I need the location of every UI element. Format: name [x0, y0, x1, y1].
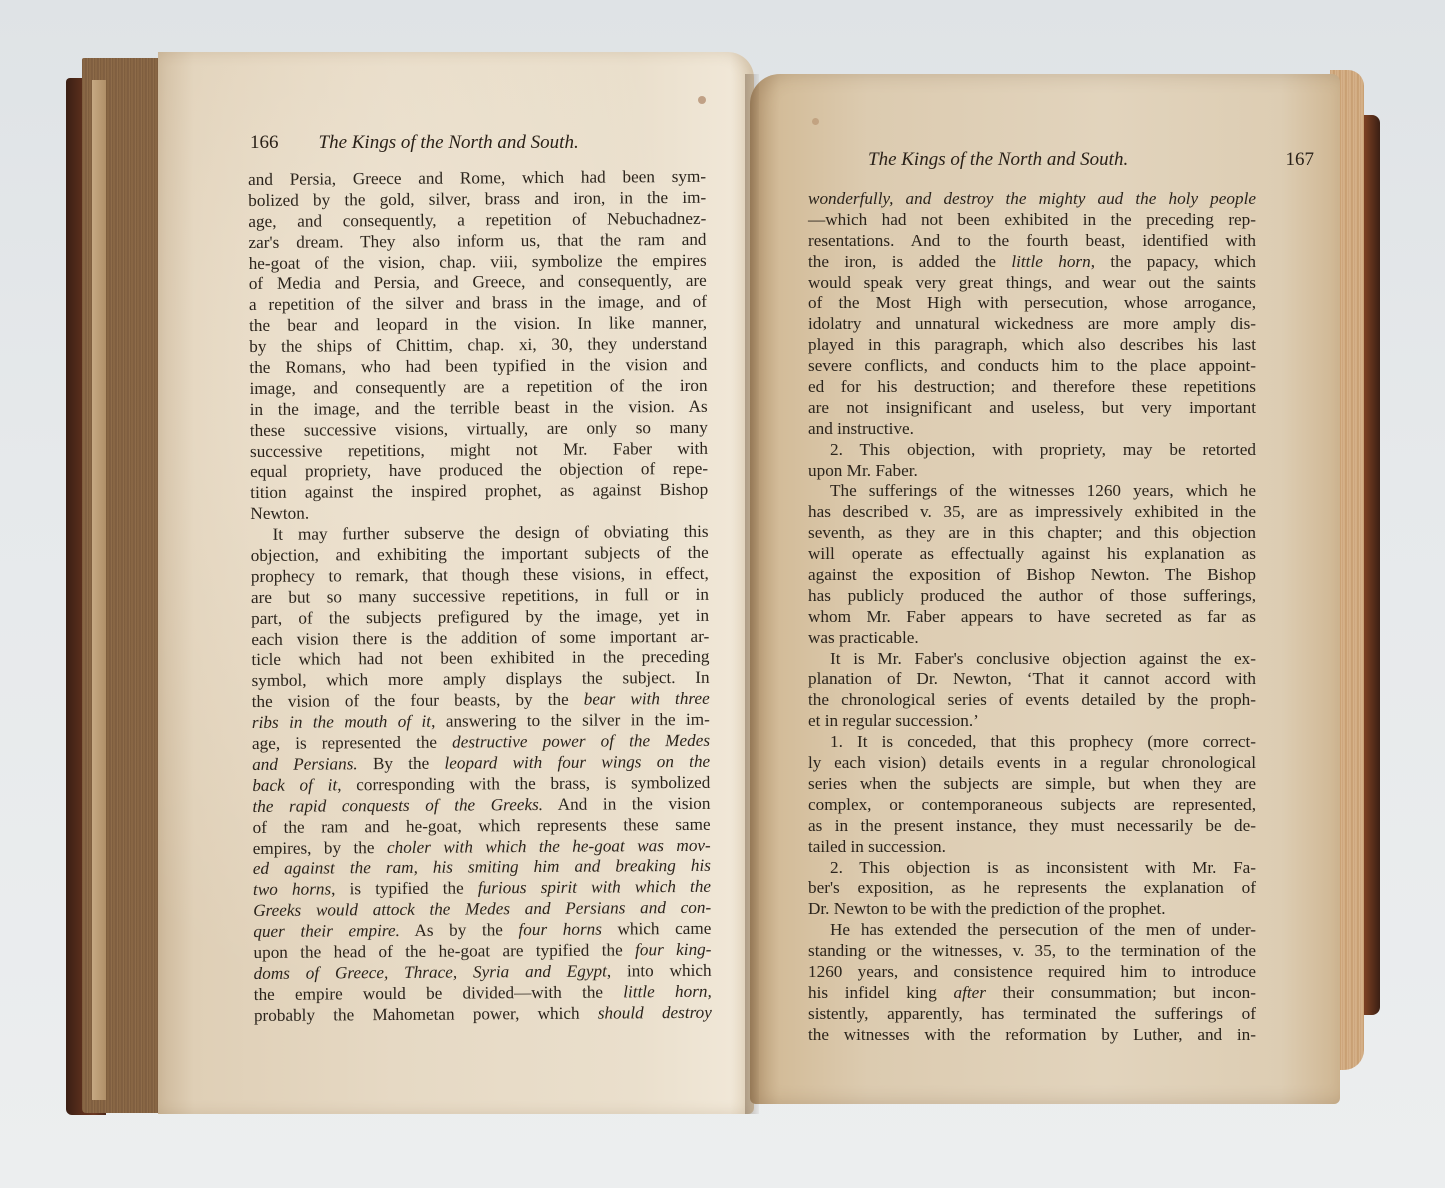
text-line: was practicable.: [808, 628, 1256, 649]
text-line: are but so many successive repetitions, …: [251, 585, 709, 609]
text-line: zar's dream. They also inform us, that t…: [248, 229, 706, 253]
text-line: sistently, apparently, has terminated th…: [808, 1004, 1256, 1025]
text-line: tailed in succession.: [808, 837, 1256, 858]
text-line: tition against the inspired prophet, as …: [250, 480, 708, 504]
left-page-number: 166: [250, 132, 279, 153]
text-line: seventh, as they are in this chapter; an…: [808, 523, 1256, 544]
right-running-head: The Kings of the North and South.167: [868, 149, 1308, 171]
text-line: resentations. And to the fourth beast, i…: [808, 231, 1256, 252]
foxing-spot: [698, 96, 706, 104]
text-line: the rapid conquests of the Greeks. And i…: [252, 794, 710, 818]
text-line: age, and consequently, a repetition of N…: [248, 209, 706, 233]
text-line: of the Most High with persecution, whose…: [808, 293, 1256, 314]
text-line: series when the subjects are simple, but…: [808, 774, 1256, 795]
text-line: standing or the witnesses, v. 35, to the…: [808, 941, 1256, 962]
text-line: in the image, and the terrible beast in …: [250, 397, 708, 421]
text-line: Dr. Newton to be with the prediction of …: [808, 899, 1256, 920]
text-line: whom Mr. Faber appears to have secreted …: [808, 607, 1256, 628]
text-line: 1260 years, and consistence required him…: [808, 962, 1256, 983]
text-line: ber's exposition, as he represents the e…: [808, 878, 1256, 899]
text-line: 1. It is conceded, that this prophecy (m…: [808, 732, 1256, 753]
left-page-body-text: and Persia, Greece and Rome, which had b…: [248, 167, 712, 1027]
text-line: 2. This objection is as inconsistent wit…: [808, 858, 1256, 879]
right-page: The Kings of the North and South.167 won…: [750, 74, 1340, 1104]
text-line: the chronological series of events detai…: [808, 690, 1256, 711]
right-page-body-text: wonderfully, and destroy the mighty aud …: [808, 189, 1256, 1046]
text-line: upon Mr. Faber.: [808, 461, 1256, 482]
text-line: complex, or contemporaneous subjects are…: [808, 795, 1256, 816]
text-line: planation of Dr. Newton, ‘That it cannot…: [808, 669, 1256, 690]
text-line: has described v. 35, are as impressively…: [808, 502, 1256, 523]
text-line: It is Mr. Faber's conclusive objection a…: [808, 649, 1256, 670]
text-line: against the exposition of Bishop Newton.…: [808, 565, 1256, 586]
text-line: ed for his destruction; and therefore th…: [808, 377, 1256, 398]
text-line: wonderfully, and destroy the mighty aud …: [808, 189, 1256, 210]
text-line: will operate as effectually against his …: [808, 544, 1256, 565]
text-line: part, of the subjects prefigured by the …: [251, 605, 709, 629]
text-line: The sufferings of the witnesses 1260 yea…: [808, 481, 1256, 502]
text-line: 2. This objection, with propriety, may b…: [808, 440, 1256, 461]
text-line: would speak very great things, and wear …: [808, 273, 1256, 294]
text-line: played in this paragraph, which also des…: [808, 335, 1256, 356]
left-running-title: The Kings of the North and South.: [319, 132, 579, 153]
text-line: idolatry and unnatural wickedness are mo…: [808, 314, 1256, 335]
page-block-edge-left: [82, 58, 164, 1113]
text-line: ly each vision) details events in a regu…: [808, 753, 1256, 774]
text-line: the witnesses with the reformation by Lu…: [808, 1025, 1256, 1046]
foxing-spot: [812, 118, 819, 125]
text-line: et in regular succession.’: [808, 711, 1256, 732]
text-line: these successive visions, virtually, are…: [250, 417, 708, 441]
text-line: image, and consequently are a repetition…: [249, 376, 707, 400]
right-running-title: The Kings of the North and South.: [868, 149, 1128, 170]
book-gutter: [745, 74, 759, 1114]
text-line: and instructive.: [808, 419, 1256, 440]
text-line: —which had not been exhibited in the pre…: [808, 210, 1256, 231]
text-line: prophecy to remark, that though these vi…: [251, 564, 709, 588]
right-page-number: 167: [1286, 149, 1315, 171]
text-line: probably the Mahometan power, which shou…: [254, 1002, 712, 1026]
text-line: bolized by the gold, silver, brass and i…: [248, 188, 706, 212]
left-page: 166The Kings of the North and South. and…: [158, 52, 754, 1114]
text-line: has publicly produced the author of thos…: [808, 586, 1256, 607]
text-line: his infidel king after their consummatio…: [808, 983, 1256, 1004]
text-line: as in the present instance, they must ne…: [808, 816, 1256, 837]
open-book-photo: 166The Kings of the North and South. and…: [0, 0, 1445, 1188]
text-line: severe conflicts, and conducts him to th…: [808, 356, 1256, 377]
text-line: the iron, is added the little horn, the …: [808, 252, 1256, 273]
text-line: are not insignificant and useless, but v…: [808, 398, 1256, 419]
left-running-head: 166The Kings of the North and South.: [250, 132, 579, 154]
text-line: He has extended the persecution of the m…: [808, 920, 1256, 941]
